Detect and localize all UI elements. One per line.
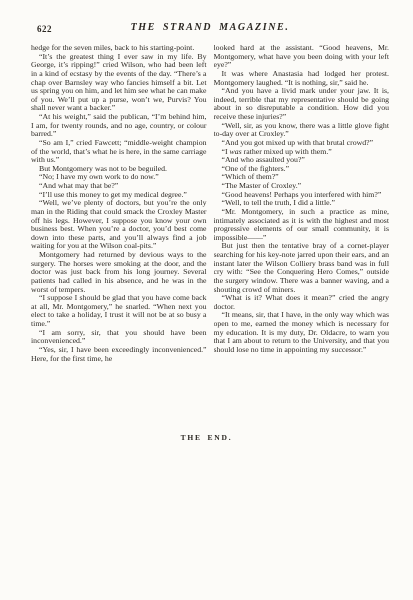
- paragraph: Montgomery had returned by devious ways …: [31, 251, 207, 294]
- paragraph: “It means, sir, that I have, in the only…: [214, 311, 390, 354]
- paragraph: “I suppose I should be glad that you hav…: [31, 294, 207, 329]
- paragraph: “Well, we’ve plenty of doctors, but you’…: [31, 199, 207, 251]
- left-column: hedge for the seven miles, back to his s…: [31, 44, 207, 426]
- paragraph: “Well, sir, as you know, there was a lit…: [214, 122, 390, 139]
- text-columns: hedge for the seven miles, back to his s…: [31, 44, 389, 426]
- paragraph: “I am sorry, sir, that you should have b…: [31, 329, 207, 346]
- magazine-page: 622 THE STRAND MAGAZINE. hedge for the s…: [0, 0, 413, 600]
- paragraph: “So am I,” cried Fawcett; “middle-weight…: [31, 139, 207, 165]
- paragraph: But just then the tentative bray of a co…: [214, 242, 390, 294]
- paragraph: “And you have a livid mark under your ja…: [214, 87, 390, 122]
- right-column: looked hard at the assistant. “Good heav…: [214, 44, 390, 426]
- paragraph: It was where Anastasia had lodged her pr…: [214, 70, 390, 87]
- paragraph: “Mr. Montgomery, in such a practice as m…: [214, 208, 390, 243]
- paragraph: “It’s the greatest thing I ever saw in m…: [31, 53, 207, 113]
- end-mark: THE END.: [0, 433, 413, 442]
- page-header: 622 THE STRAND MAGAZINE.: [31, 22, 389, 35]
- paragraph: “What is it? What does it mean?” cried t…: [214, 294, 390, 311]
- paragraph: looked hard at the assistant. “Good heav…: [214, 44, 390, 70]
- paragraph: “At his weight,” said the publican, “I’m…: [31, 113, 207, 139]
- paragraph: “Yes, sir, I have been exceedingly incon…: [31, 346, 207, 363]
- running-title: THE STRAND MAGAZINE.: [31, 22, 389, 33]
